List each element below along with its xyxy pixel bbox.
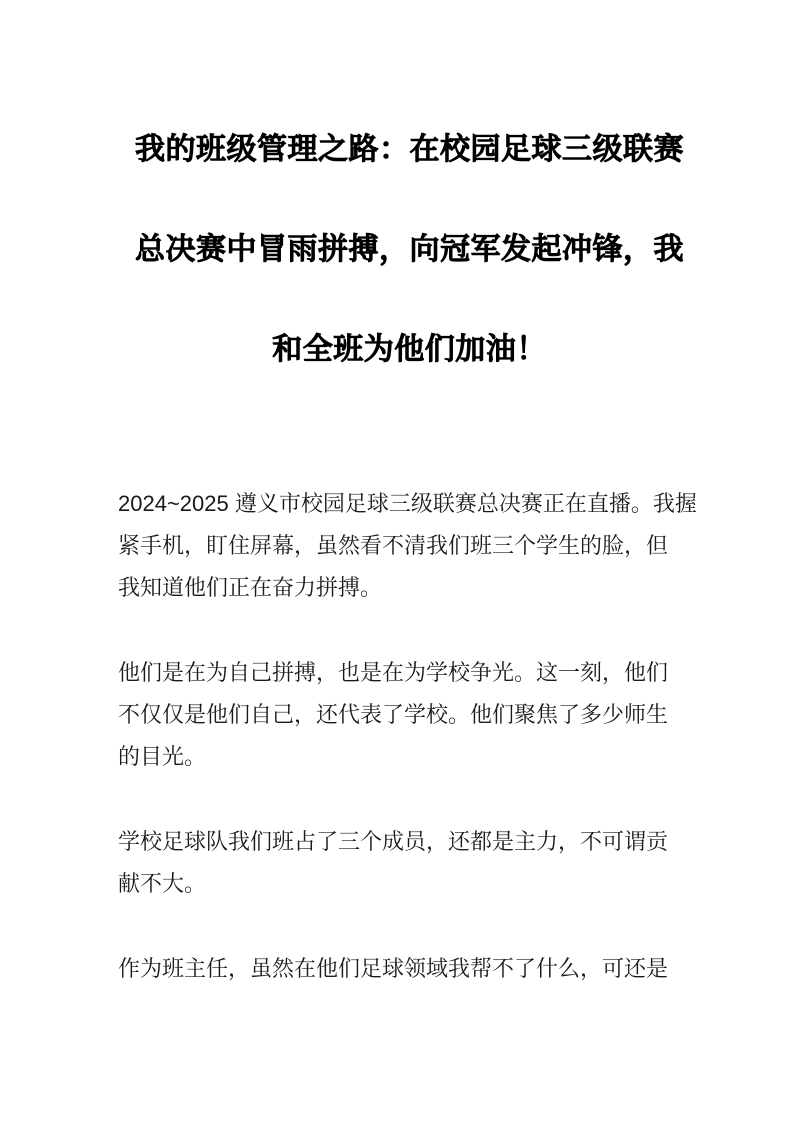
paragraph-2: 他们是在为自己拼搏，也是在为学校争光。这一刻，他们 不仅仅是他们自己，还代表了学… (118, 652, 701, 778)
paragraph-3: 学校足球队我们班占了三个成员，还都是主力，不可谓贡 献不大。 (118, 821, 701, 905)
title-line-1: 我的班级管理之路：在校园足球三级联赛 (118, 100, 701, 200)
document-page: 我的班级管理之路：在校园足球三级联赛 总决赛中冒雨拼搏，向冠军发起冲锋，我 和全… (0, 0, 793, 1122)
document-body: 2024~2025 遵义市校园足球三级联赛总决赛正在直播。我握 紧手机，盯住屏幕… (118, 483, 701, 990)
title-line-2: 总决赛中冒雨拼搏，向冠军发起冲锋，我 (118, 200, 701, 300)
document-title: 我的班级管理之路：在校园足球三级联赛 总决赛中冒雨拼搏，向冠军发起冲锋，我 和全… (118, 100, 701, 400)
paragraph-4: 作为班主任，虽然在他们足球领域我帮不了什么，可还是 (118, 948, 701, 990)
paragraph-1: 2024~2025 遵义市校园足球三级联赛总决赛正在直播。我握 紧手机，盯住屏幕… (118, 483, 701, 609)
title-line-3: 和全班为他们加油！ (118, 300, 701, 400)
